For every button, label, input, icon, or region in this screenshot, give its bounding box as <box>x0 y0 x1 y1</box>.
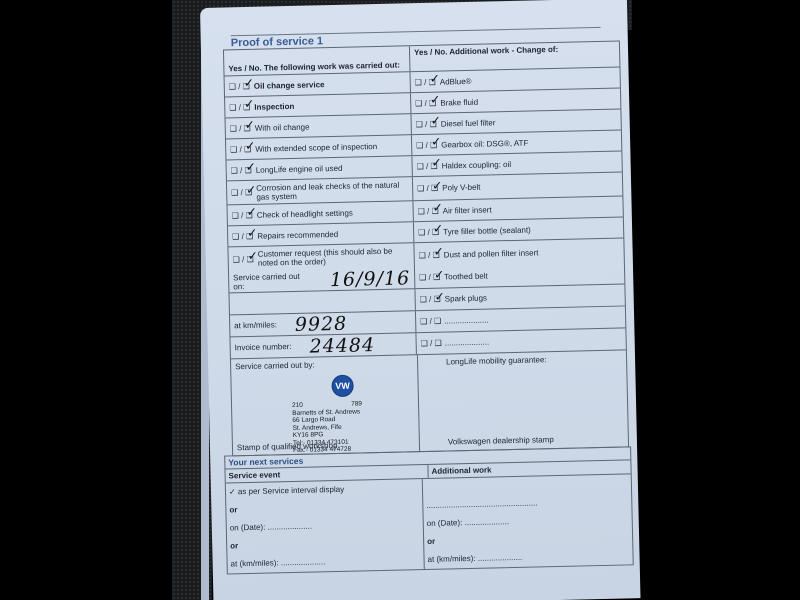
left-item: ❑ / ❑ ✓ Check of headlight settings <box>227 201 413 225</box>
next-services-box: Your next services Service event Additio… <box>224 446 634 574</box>
extra-item-label: Spark plugs <box>445 294 487 304</box>
check-mark-icon: ✓ <box>432 201 442 215</box>
right-item-label: Air filter insert <box>443 205 492 215</box>
blank-cell <box>229 289 415 314</box>
check-mark-icon: ✓ <box>430 72 440 86</box>
left-item: ❑ / ❑ ✓ LongLife engine oil used <box>226 156 412 180</box>
check-mark-icon: ✓ <box>431 156 441 170</box>
check-mark-icon: ✓ <box>434 267 444 281</box>
left-item: ❑ / ❑ ✓ Oil change service <box>225 72 411 96</box>
check-mark-icon: ✓ <box>245 139 255 153</box>
right-item-label: Diesel fuel filter <box>441 118 496 128</box>
check-mark-icon: ✓ <box>245 118 255 132</box>
check-mark-icon: ✓ <box>244 76 254 90</box>
left-service-line: at (km/miles): .................... <box>227 551 423 573</box>
right-item-label: Brake fluid <box>440 97 478 107</box>
check-mark-icon: ✓ <box>434 289 444 303</box>
invoice-field: Invoice number: 24484 <box>230 333 416 358</box>
service-date-value: 16/9/16 <box>330 267 411 291</box>
right-item-label: Gearbox oil: DSG®, ATF <box>441 138 528 149</box>
service-checklist-table: Yes / No. The following work was carried… <box>223 40 629 456</box>
left-item-label: Check of headlight settings <box>257 208 353 219</box>
left-item: ❑ / ❑ ✓ With extended scope of inspectio… <box>226 135 412 159</box>
invoice-value: 24484 <box>309 334 375 357</box>
extra-item-label: .................... <box>444 316 489 326</box>
left-item: ❑ / ❑ ✓ With oil change <box>226 114 412 138</box>
check-mark-icon: ✓ <box>430 114 440 128</box>
stamp-row: Service carried out by: VW 210 789 Barne… <box>231 350 628 455</box>
check-mark-icon: ✓ <box>431 135 441 149</box>
check-mark-icon: ✓ <box>246 182 256 196</box>
check-mark-icon: ✓ <box>244 97 254 111</box>
workshop-stamp-area: Service carried out by: VW 210 789 Barne… <box>231 355 420 455</box>
right-item: ❑ / ❑ ✓ Poly V-belt <box>413 172 622 200</box>
check-mark-icon: ✓ <box>247 226 257 240</box>
left-item-label: Corrosion and leak checks of the natural… <box>256 180 408 201</box>
invoice-label: Invoice number: <box>235 342 292 352</box>
mileage-value: 9928 <box>295 312 348 335</box>
right-service-line: at (km/miles): .................... <box>424 546 632 569</box>
check-mark-icon: ✓ <box>430 93 440 107</box>
mileage-field: at km/miles: 9928 <box>230 311 416 336</box>
check-mark-icon: ✓ <box>433 222 443 236</box>
check-mark-icon: ✓ <box>433 245 443 259</box>
service-date-field: Service carried out on: 16/9/16 <box>229 267 415 292</box>
dealer-code-right: 789 <box>351 400 362 408</box>
left-item: ❑ / ❑ ✓ Inspection <box>225 93 411 117</box>
right-item-label: Haldex coupling: oil <box>442 159 512 170</box>
right-column-header: Yes / No. Additional work - Change of: <box>410 42 620 72</box>
right-item-label: Tyre filler bottle (sealant) <box>443 225 531 236</box>
check-mark-icon: ✓ <box>247 249 257 263</box>
vw-logo-icon: VW <box>331 375 353 397</box>
longlife-guarantee-label: LongLife mobility guarantee: <box>446 355 547 366</box>
right-item-label: AdBlue® <box>440 76 472 86</box>
right-item-label: Dust and pollen filter insert <box>444 248 539 259</box>
check-mark-icon: ✓ <box>432 178 442 192</box>
service-date-label: Service carried out on: <box>233 271 312 291</box>
left-item-label: LongLife engine oil used <box>256 163 343 174</box>
additional-work-header: Additional work <box>428 463 494 477</box>
next-services-body: ✓ as per Service interval displayoron (D… <box>226 474 633 573</box>
extra-item-label: .................... <box>445 338 490 348</box>
vw-dealership-stamp-label: Volkswagen dealership stamp <box>448 435 554 446</box>
carried-out-by-label: Service carried out by: <box>235 360 315 371</box>
left-item: ❑ / ❑ ✓ Corrosion and leak checks of the… <box>227 177 413 204</box>
left-item-label: With oil change <box>255 122 310 132</box>
left-column-header: Yes / No. The following work was carried… <box>224 46 411 75</box>
mileage-label: at km/miles: <box>234 320 277 330</box>
service-booklet-page: Proof of service 1 Yes / No. The followi… <box>200 0 641 600</box>
service-event-column: ✓ as per Service interval displayoron (D… <box>226 479 425 573</box>
checkbox-pair: ❑ / ❑ <box>420 317 441 326</box>
extra-item-label: Toothed belt <box>444 272 488 282</box>
left-item-label: Customer request (this should also be no… <box>258 246 410 267</box>
check-mark-icon: ✓ <box>245 160 255 174</box>
left-item: ❑ / ❑ ✓ Repairs recommended <box>228 222 414 246</box>
left-item-label: Repairs recommended <box>257 229 338 240</box>
check-mark-icon: ✓ <box>246 205 256 219</box>
checkbox-pair: ❑ / ❑ <box>421 339 442 348</box>
right-item-label: Poly V-belt <box>442 183 480 193</box>
left-item-label: Inspection <box>254 101 294 111</box>
top-rule <box>231 27 601 36</box>
dealer-code-left: 210 <box>292 402 303 410</box>
left-item-label: Oil change service <box>254 80 325 91</box>
dealership-stamp-area: LongLife mobility guarantee: Volkswagen … <box>418 350 628 451</box>
left-item-label: With extended scope of inspection <box>255 142 377 154</box>
additional-work-column: ........................................… <box>423 474 633 569</box>
